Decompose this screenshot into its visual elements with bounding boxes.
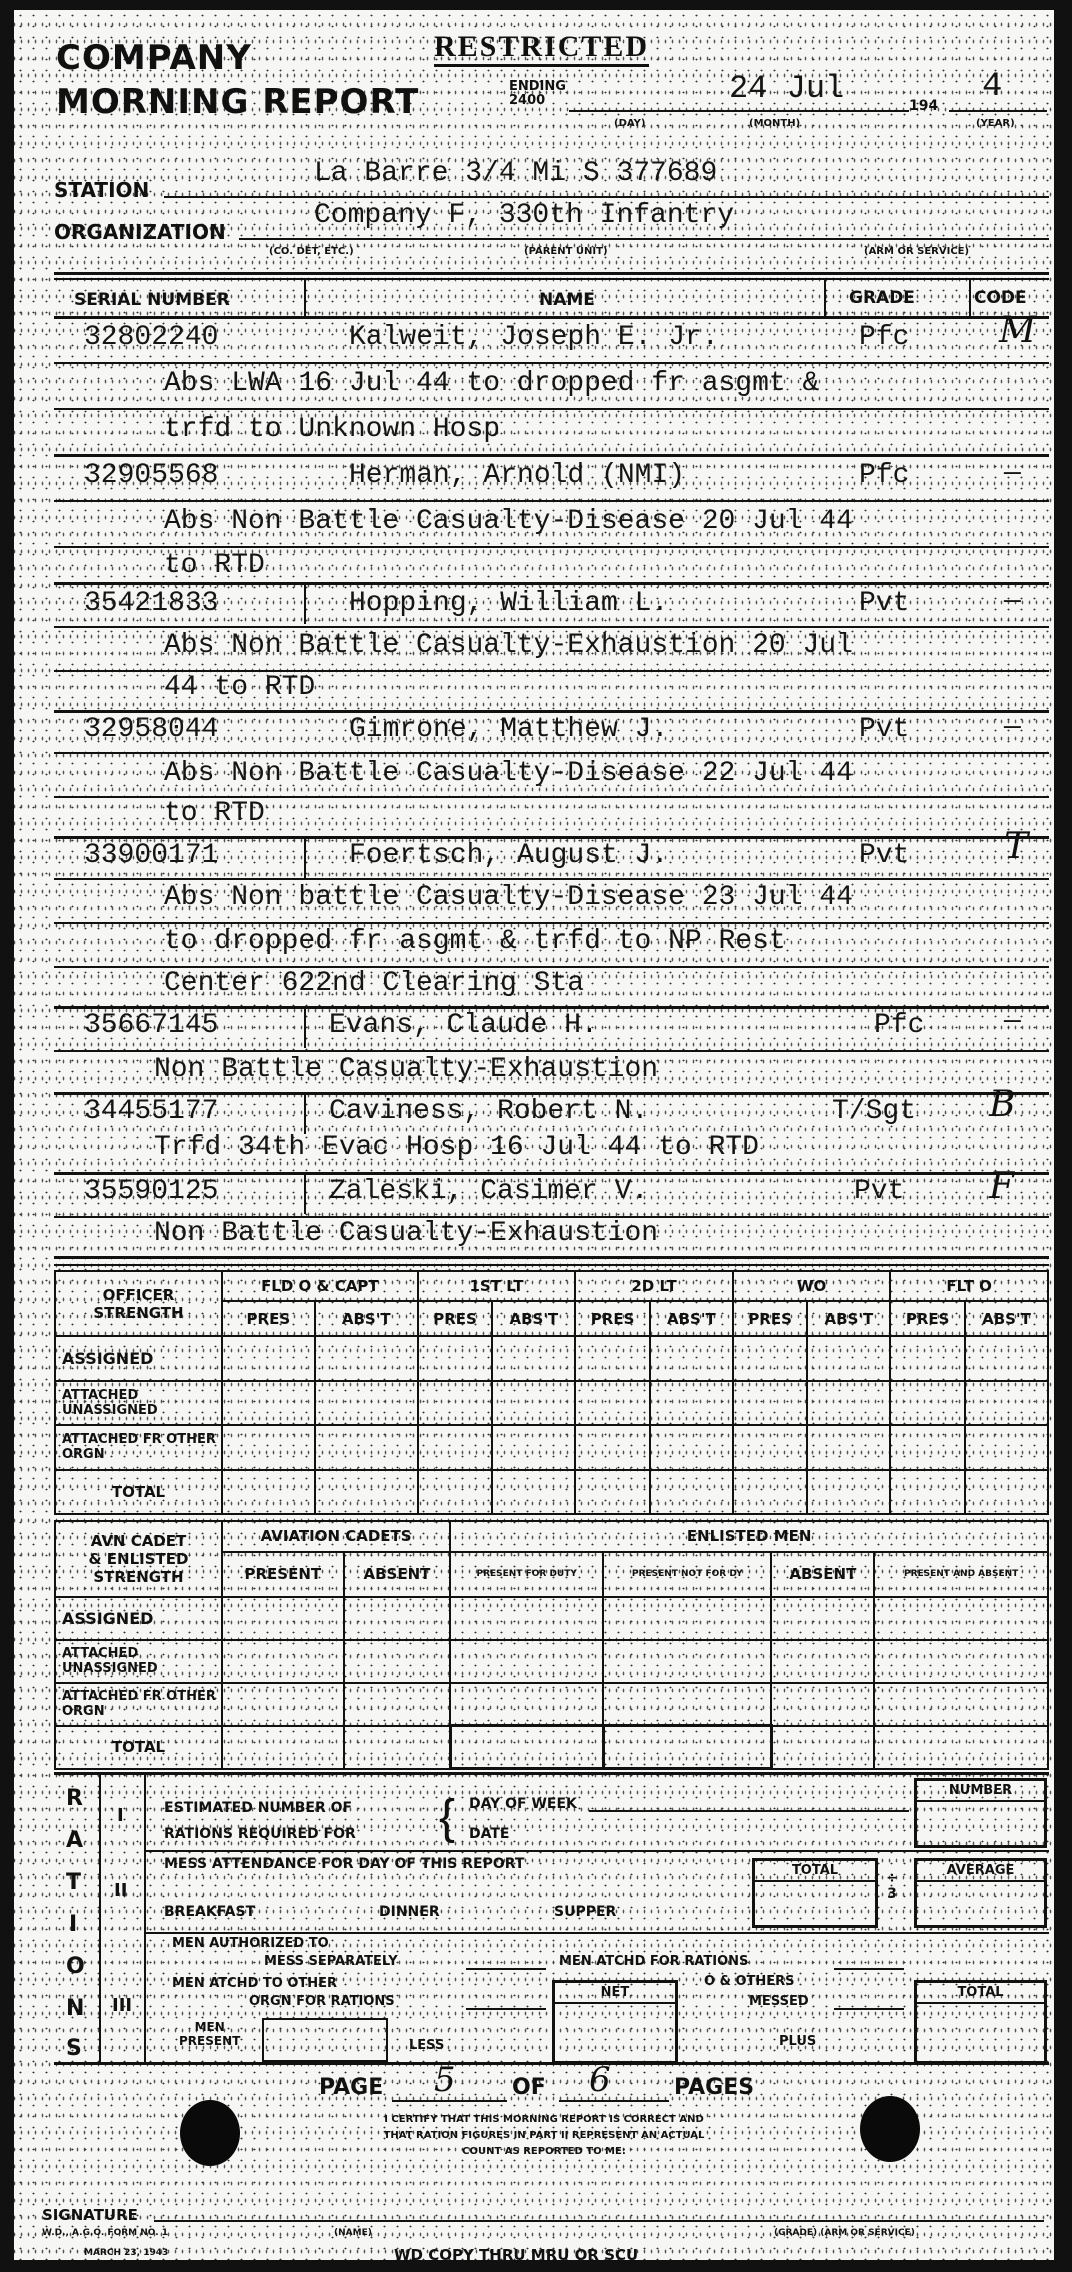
rations-divider	[99, 1774, 101, 2064]
station-line	[164, 196, 1049, 198]
status-code: —	[1004, 586, 1021, 617]
binder-hole-right	[860, 2096, 920, 2162]
soldier-name: Evans, Claude H.	[329, 1010, 598, 1041]
col-code: CODE	[974, 288, 1027, 308]
header-rule	[54, 316, 1049, 319]
soldier-name: Foertsch, August J.	[349, 840, 668, 871]
subcol-abst: ABS'T	[492, 1301, 575, 1337]
group-flt-o: FLT O	[890, 1271, 1048, 1301]
org-caption-parent: (PARENT UNIT)	[524, 246, 608, 257]
subcol-pres: PRES	[575, 1301, 650, 1337]
row-rule	[54, 752, 1049, 754]
label-line: PRESENT	[179, 2034, 240, 2048]
remarks-line: Trfd 34th Evac Hosp 16 Jul 44 to RTD	[154, 1132, 759, 1163]
col-absent-enlisted: ABSENT	[771, 1552, 874, 1597]
col-present-for-duty: PRESENT FOR DUTY	[450, 1552, 603, 1597]
enlisted-strength-table: AVN CADET & ENLISTED STRENGTH AVIATION C…	[54, 1520, 1049, 1770]
serial-number: 35421833	[84, 588, 218, 619]
row-attached-fr-other-orgn: ATTACHED FR OTHER ORGN	[55, 1425, 222, 1469]
soldier-grade: Pfc	[859, 322, 909, 353]
side-letter: S	[66, 2036, 82, 2061]
title-line: & ENLISTED	[89, 1550, 189, 1568]
year-prefix: 194	[909, 98, 938, 114]
section-ii-numeral: II	[114, 1880, 127, 1901]
entry-rule	[54, 1172, 1049, 1175]
side-letter: T	[66, 1870, 81, 1895]
label-line: MEN	[179, 2020, 240, 2034]
rations-divider	[144, 1774, 146, 2064]
row-total: TOTAL	[55, 1726, 222, 1769]
soldier-grade: Pvt	[854, 1176, 904, 1207]
year-value: 4	[982, 68, 1002, 106]
others-messed-field[interactable]	[834, 2008, 904, 2010]
col-serial-number: SERIAL NUMBER	[74, 290, 230, 310]
col-absent: ABSENT	[344, 1552, 451, 1597]
officer-strength-table: OFFICER STRENGTH FLD O & CAPT 1ST LT 2D …	[54, 1270, 1049, 1515]
form-id: W.D., A.G.O. FORM NO. 1	[42, 2228, 168, 2238]
average-box[interactable]: AVERAGE	[914, 1858, 1047, 1928]
section-iii-numeral: III	[112, 1995, 132, 2016]
group-1st-lt: 1ST LT	[418, 1271, 576, 1301]
classification-stamp: RESTRICTED	[434, 30, 649, 67]
less-label: LESS	[409, 2038, 444, 2053]
men-atchd-rations-field[interactable]	[834, 1968, 904, 1970]
soldier-name: Herman, Arnold (NMI)	[349, 460, 685, 491]
serial-number: 35667145	[84, 1010, 218, 1041]
serial-number: 33900171	[84, 840, 218, 871]
row-rule	[54, 922, 1049, 924]
mess-separately-field[interactable]	[466, 1968, 546, 1970]
status-code: —	[1004, 458, 1021, 489]
soldier-name: Zaleski, Casimer V.	[329, 1176, 648, 1207]
average-box-label: AVERAGE	[917, 1861, 1044, 1882]
soldier-name: Kalweit, Joseph E. Jr.	[349, 322, 719, 353]
entry-rule	[54, 454, 1049, 457]
station-value: La Barre 3/4 Mi S 377689	[314, 158, 717, 189]
remarks-line: 44 to RTD	[164, 672, 315, 703]
grade-caption: (GRADE) (ARM OR SERVICE)	[774, 2228, 915, 2238]
group-enlisted-men: ENLISTED MEN	[450, 1521, 1048, 1552]
remarks-line: trfd to Unknown Hosp	[164, 414, 500, 445]
section-i-numeral: I	[117, 1805, 124, 1826]
remarks-line: Abs Non Battle Casualty-Exhaustion 20 Ju…	[164, 630, 853, 661]
organization-label: ORGANIZATION	[54, 220, 226, 244]
total-box-label: TOTAL	[755, 1861, 875, 1882]
roster-top-rule-2	[54, 278, 1049, 280]
enlisted-strength-title: AVN CADET & ENLISTED STRENGTH	[55, 1521, 222, 1597]
mess-separately-label: MESS SEPARATELY	[264, 1954, 398, 1969]
subcol-abst: ABS'T	[315, 1301, 418, 1337]
soldier-grade: Pvt	[859, 840, 909, 871]
page-number: 5	[434, 2060, 456, 2100]
day-caption: (DAY)	[614, 118, 645, 129]
others-label: O & OTHERS	[704, 1974, 795, 1989]
date-line	[569, 110, 909, 112]
ending-label: ENDING 2400	[509, 80, 566, 108]
remarks-line: Abs Non Battle Casualty-Disease 20 Jul 4…	[164, 506, 853, 537]
serial-number: 32905568	[84, 460, 218, 491]
divide-by-three: ÷ 3	[882, 1870, 902, 1902]
subcol-abst: ABS'T	[965, 1301, 1048, 1337]
section-rule	[144, 1932, 1049, 1934]
plus-label: PLUS	[779, 2034, 816, 2049]
entry-rule	[54, 1006, 1049, 1009]
men-authorized-label: MEN AUTHORIZED TO	[172, 1936, 329, 1951]
signature-field[interactable]	[154, 2220, 1044, 2222]
status-code: —	[1004, 1006, 1021, 1037]
title-line: STRENGTH	[93, 1568, 183, 1586]
soldier-grade: Pvt	[859, 714, 909, 745]
mess-attendance-label: MESS ATTENDANCE FOR DAY OF THIS REPORT	[164, 1856, 524, 1872]
net-box-label: NET	[555, 1983, 675, 2004]
form-date: MARCH 23, 1943	[84, 2248, 168, 2258]
number-box[interactable]: NUMBER	[914, 1778, 1047, 1848]
col-present: PRESENT	[222, 1552, 344, 1597]
title-line: OFFICER	[103, 1286, 175, 1304]
col-divider	[304, 1094, 306, 1134]
section-rule	[144, 1850, 1049, 1852]
col-name: NAME	[539, 290, 595, 310]
row-rule	[54, 408, 1049, 410]
officer-strength-title: OFFICER STRENGTH	[55, 1271, 222, 1336]
side-letter: R	[66, 1786, 83, 1811]
men-present-label: MEN PRESENT	[179, 2020, 240, 2048]
row-rule	[54, 500, 1049, 502]
soldier-name: Gimrone, Matthew J.	[349, 714, 668, 745]
status-code: —	[1004, 712, 1021, 743]
rations-total-box[interactable]: TOTAL	[914, 1980, 1047, 2064]
roster-top-rule	[54, 272, 1049, 275]
group-wo: WO	[733, 1271, 891, 1301]
status-code: T	[1004, 826, 1028, 867]
group-fld-o-capt: FLD O & CAPT	[222, 1271, 418, 1301]
page-total: 6	[589, 2060, 611, 2100]
morning-report-form: COMPANY MORNING REPORT RESTRICTED ENDING…	[14, 10, 1054, 2260]
subcol-pres: PRES	[418, 1301, 493, 1337]
year-caption: (YEAR)	[976, 118, 1015, 129]
org-caption-unit: (CO. DET, ETC.)	[269, 246, 354, 257]
org-caption-arm: (ARM OR SERVICE)	[864, 246, 969, 257]
soldier-name: Hopping, William L.	[349, 588, 668, 619]
col-divider	[824, 280, 826, 316]
serial-number: 34455177	[84, 1096, 218, 1127]
ending-label-1: ENDING	[509, 80, 566, 94]
number-box-label: NUMBER	[917, 1781, 1044, 1802]
col-divider	[304, 1008, 306, 1048]
breakfast-label: BREAKFAST	[164, 1904, 255, 1920]
subcol-pres: PRES	[890, 1301, 965, 1337]
col-present-not-for-duty: PRESENT NOT FOR DY	[603, 1552, 771, 1597]
routing-note: WD COPY THRU MRU OR SCU	[394, 2246, 638, 2264]
soldier-grade: Pvt	[859, 588, 909, 619]
orgn-for-rations-label: ORGN FOR RATIONS	[249, 1994, 395, 2009]
group-2d-lt: 2D LT	[575, 1271, 733, 1301]
soldier-grade: Pfc	[859, 460, 909, 491]
remarks-line: Non Battle Casualty-Exhaustion	[154, 1218, 658, 1249]
title-line: STRENGTH	[93, 1304, 183, 1322]
certify-line: COUNT AS REPORTED TO ME:	[264, 2144, 824, 2160]
col-divider	[969, 280, 971, 316]
remarks-line: Non Battle Casualty-Exhaustion	[154, 1054, 658, 1085]
row-assigned: ASSIGNED	[55, 1336, 222, 1380]
page-total-line	[559, 2100, 669, 2102]
certification-text: I CERTIFY THAT THIS MORNING REPORT IS CO…	[264, 2112, 824, 2160]
organization-line	[239, 238, 1049, 240]
entry-rule	[54, 710, 1049, 713]
row-attached-unassigned: ATTACHED UNASSIGNED	[55, 1381, 222, 1425]
col-divider	[304, 584, 306, 624]
subcol-abst: ABS'T	[807, 1301, 890, 1337]
form-title-line2: MORNING REPORT	[56, 82, 419, 122]
side-letter: N	[66, 1996, 84, 2021]
title-line: AVN CADET	[91, 1532, 187, 1550]
side-letter: A	[66, 1828, 83, 1853]
group-aviation-cadets: AVIATION CADETS	[222, 1521, 450, 1552]
col-present-and-absent: PRESENT AND ABSENT	[874, 1552, 1048, 1597]
entry-rule	[54, 1092, 1049, 1095]
remarks-line: Abs Non battle Casualty-Disease 23 Jul 4…	[164, 882, 853, 913]
subcol-pres: PRES	[733, 1301, 808, 1337]
date-value: 24 Jul	[729, 70, 844, 107]
certify-line: I CERTIFY THAT THIS MORNING REPORT IS CO…	[264, 2112, 824, 2128]
entry-rule	[54, 836, 1049, 839]
subcol-pres: PRES	[222, 1301, 315, 1337]
rations-bottom-rule	[54, 2062, 1049, 2065]
label-line: ESTIMATED NUMBER OF	[164, 1795, 356, 1821]
row-attached-fr-other-orgn: ATTACHED FR OTHER ORGN	[55, 1683, 222, 1726]
row-total: TOTAL	[55, 1470, 222, 1514]
name-caption: (NAME)	[334, 2228, 372, 2238]
month-caption: (MONTH)	[749, 118, 800, 129]
roster-bottom-rule-2	[54, 1264, 1049, 1266]
page-label: PAGE	[319, 2075, 383, 2100]
serial-number: 35590125	[84, 1176, 218, 1207]
of-label: OF	[512, 2075, 546, 2100]
page-number-line	[392, 2100, 507, 2102]
supper-label: SUPPER	[554, 1904, 616, 1920]
row-rule	[54, 546, 1049, 548]
status-code: B	[989, 1084, 1015, 1125]
row-assigned: ASSIGNED	[55, 1597, 222, 1640]
section-i-label: ESTIMATED NUMBER OF RATIONS REQUIRED FOR	[164, 1795, 356, 1847]
brace-icon: {	[439, 1790, 455, 1845]
status-code: M	[999, 310, 1036, 351]
row-attached-unassigned: ATTACHED UNASSIGNED	[55, 1640, 222, 1683]
date-label: DATE	[469, 1826, 509, 1842]
rations-top-rule	[54, 1772, 1049, 1775]
total-box-label: TOTAL	[917, 1983, 1044, 2004]
remarks-line: to dropped fr asgmt & trfd to NP Rest	[164, 926, 786, 957]
col-grade: GRADE	[849, 288, 915, 308]
serial-number: 32802240	[84, 322, 218, 353]
net-box[interactable]: NET	[552, 1980, 678, 2064]
certify-line: THAT RATION FIGURES IN PART II REPRESENT…	[264, 2128, 824, 2144]
entry-rule	[54, 582, 1049, 585]
remarks-line: to RTD	[164, 798, 265, 829]
remarks-line: Center 622nd Clearing Sta	[164, 968, 584, 999]
label-line: RATIONS REQUIRED FOR	[164, 1821, 356, 1847]
station-label: STATION	[54, 178, 149, 202]
side-letter: O	[66, 1954, 85, 1979]
soldier-grade: T/Sgt	[832, 1096, 916, 1127]
men-atchd-other-label: MEN ATCHD TO OTHER	[172, 1976, 337, 1991]
binder-hole-left	[180, 2100, 240, 2166]
organization-value: Company F, 330th Infantry	[314, 200, 734, 231]
pages-label: PAGES	[674, 2075, 754, 2100]
ending-label-2: 2400	[509, 94, 566, 108]
row-rule	[54, 626, 1049, 628]
year-line	[949, 110, 1047, 112]
row-rule	[54, 362, 1049, 364]
side-letter: I	[69, 1912, 77, 1937]
signature-label: SIGNATURE	[42, 2206, 138, 2224]
col-divider	[304, 1174, 306, 1214]
soldier-grade: Pfc	[874, 1010, 924, 1041]
col-divider	[304, 280, 306, 316]
men-atchd-rations-label: MEN ATCHD FOR RATIONS	[559, 1954, 748, 1969]
mess-total-box[interactable]: TOTAL	[752, 1858, 878, 1928]
day-of-week-field[interactable]	[589, 1810, 909, 1812]
messed-label: MESSED	[749, 1994, 809, 2009]
men-present-box[interactable]	[262, 2018, 388, 2062]
row-rule	[54, 878, 1049, 880]
remarks-line: Abs LWA 16 Jul 44 to dropped fr asgmt &	[164, 368, 819, 399]
remarks-line: to RTD	[164, 550, 265, 581]
serial-number: 32958044	[84, 714, 218, 745]
day-of-week-label: DAY OF WEEK	[469, 1796, 577, 1812]
form-title-line1: COMPANY	[56, 38, 252, 78]
roster-bottom-rule	[54, 1256, 1049, 1259]
col-divider	[304, 838, 306, 878]
orgn-for-rations-field[interactable]	[466, 2008, 546, 2010]
row-rule	[54, 1050, 1049, 1052]
dinner-label: DINNER	[379, 1904, 440, 1920]
subcol-abst: ABS'T	[650, 1301, 733, 1337]
soldier-name: Caviness, Robert N.	[329, 1096, 648, 1127]
remarks-line: Abs Non Battle Casualty-Disease 22 Jul 4…	[164, 758, 853, 789]
status-code: F	[989, 1166, 1014, 1207]
